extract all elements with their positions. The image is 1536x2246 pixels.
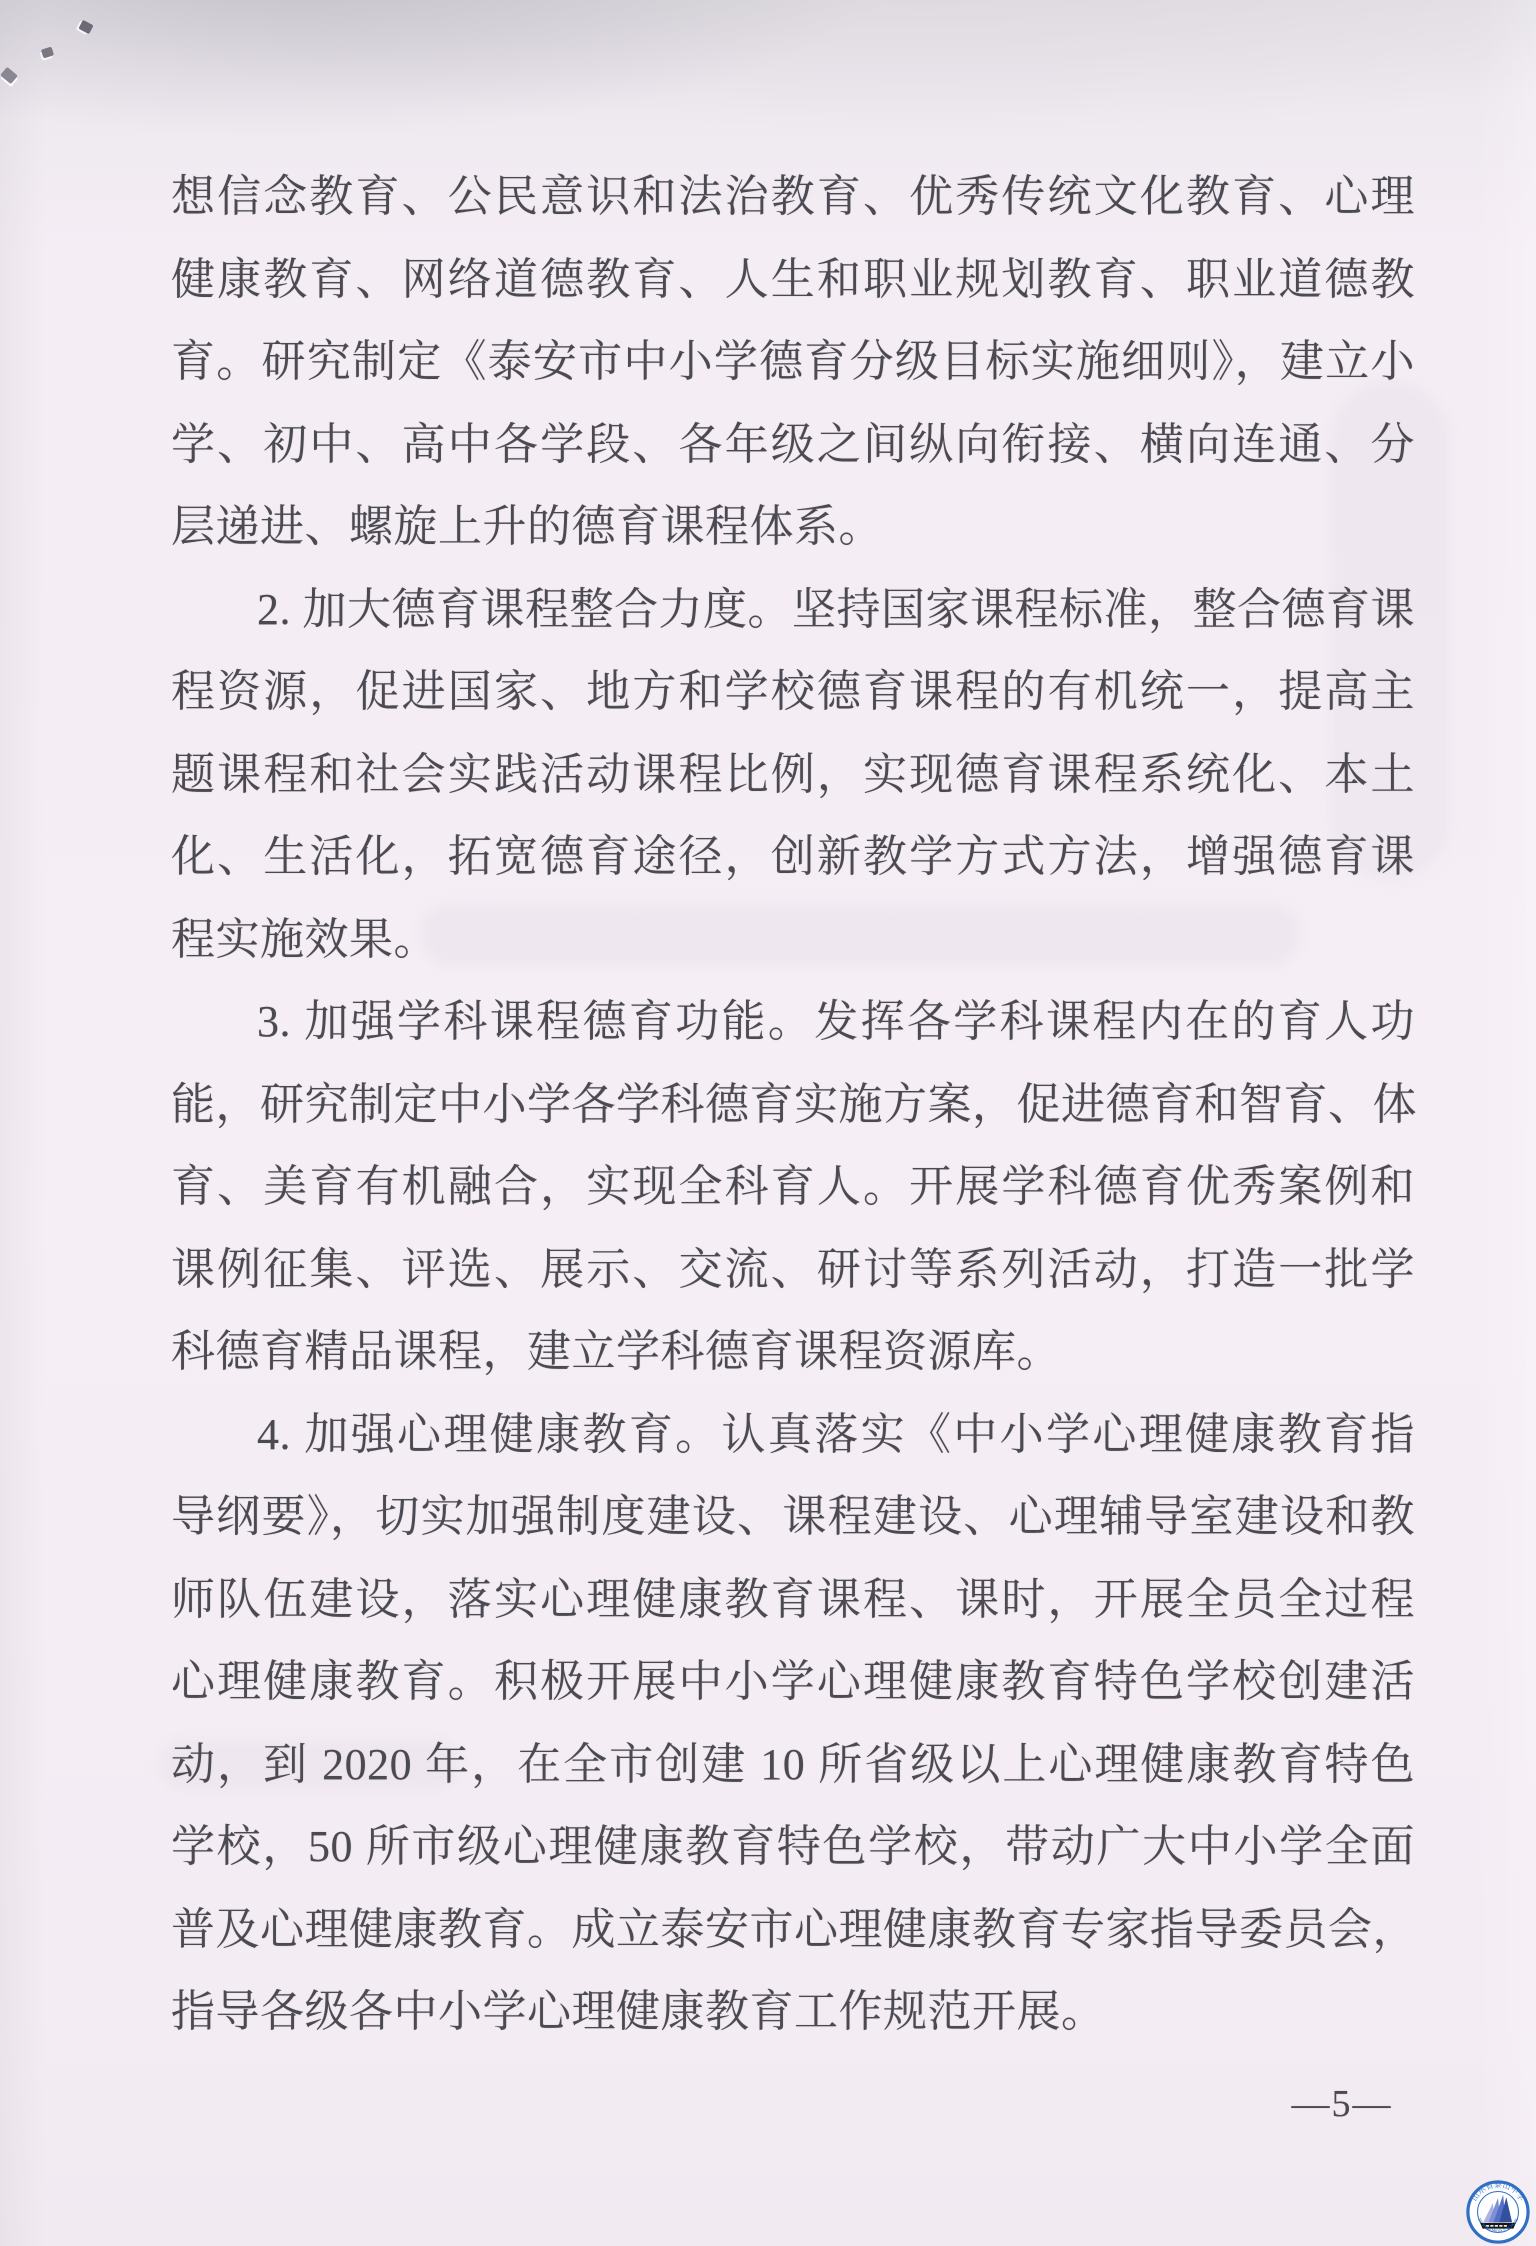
- text-line: 师队伍建设，落实心理健康教育课程、课时，开展全员全过程: [171, 1559, 1415, 1642]
- text-line: 育。研究制定《泰安市中小学德育分级目标实施细则》，建立小: [171, 321, 1415, 404]
- text-line: 普及心理健康教育。成立泰安市心理健康教育专家指导委员会，: [171, 1889, 1415, 1972]
- page-number: —5—: [1262, 2082, 1422, 2126]
- text-line: 课例征集、评选、展示、交流、研讨等系列活动，打造一批学: [171, 1229, 1415, 1312]
- scan-speck: [0, 67, 18, 84]
- paragraph: 想信念教育、公民意识和法治教育、优秀传统文化教育、心理健康教育、网络道德教育、人…: [171, 156, 1415, 569]
- text-line: 心理健康教育。积极开展中小学心理健康教育特色学校创建活: [171, 1641, 1415, 1724]
- text-line: 程资源，促进国家、地方和学校德育课程的有机统一，提高主: [171, 651, 1415, 734]
- scan-speck: [78, 20, 93, 34]
- text-line: 2. 加大德育课程整合力度。坚持国家课程标准，整合德育课: [171, 569, 1415, 652]
- text-line: 想信念教育、公民意识和法治教育、优秀传统文化教育、心理: [171, 156, 1415, 239]
- text-line: 程实施效果。: [171, 899, 1415, 982]
- paragraph: 2. 加大德育课程整合力度。坚持国家课程标准，整合德育课程资源，促进国家、地方和…: [171, 569, 1415, 982]
- text-line: 动，到 2020 年，在全市创建 10 所省级以上心理健康教育特色: [171, 1724, 1415, 1807]
- text-line: 育、美育有机融合，实现全科育人。开展学科德育优秀案例和: [171, 1146, 1415, 1229]
- scanned-page: 想信念教育、公民意识和法治教育、优秀传统文化教育、心理健康教育、网络道德教育、人…: [0, 0, 1536, 2246]
- scan-speck: [41, 47, 54, 59]
- school-badge-logo: 山东省泰山中学 TAI SHAN MIDDLE SCHOOL: [1466, 2180, 1530, 2244]
- text-line: 层递进、螺旋上升的德育课程体系。: [171, 486, 1415, 569]
- paragraph: 4. 加强心理健康教育。认真落实《中小学心理健康教育指导纲要》，切实加强制度建设…: [171, 1394, 1415, 2054]
- text-line: 3. 加强学科课程德育功能。发挥各学科课程内在的育人功: [171, 981, 1415, 1064]
- text-line: 健康教育、网络道德教育、人生和职业规划教育、职业道德教: [171, 239, 1415, 322]
- text-line: 科德育精品课程，建立学科德育课程资源库。: [171, 1311, 1415, 1394]
- text-line: 化、生活化，拓宽德育途径，创新教学方式方法，增强德育课: [171, 816, 1415, 899]
- text-line: 学校，50 所市级心理健康教育特色学校，带动广大中小学全面: [171, 1806, 1415, 1889]
- text-line: 指导各级各中小学心理健康教育工作规范开展。: [171, 1971, 1415, 2054]
- text-line: 能，研究制定中小学各学科德育实施方案，促进德育和智育、体: [171, 1064, 1415, 1147]
- text-line: 4. 加强心理健康教育。认真落实《中小学心理健康教育指: [171, 1394, 1415, 1477]
- text-line: 导纲要》，切实加强制度建设、课程建设、心理辅导室建设和教: [171, 1476, 1415, 1559]
- paragraph: 3. 加强学科课程德育功能。发挥各学科课程内在的育人功能，研究制定中小学各学科德…: [171, 981, 1415, 1394]
- text-line: 学、初中、高中各学段、各年级之间纵向衔接、横向连通、分: [171, 404, 1415, 487]
- document-body: 想信念教育、公民意识和法治教育、优秀传统文化教育、心理健康教育、网络道德教育、人…: [171, 156, 1415, 2054]
- text-line: 题课程和社会实践活动课程比例，实现德育课程系统化、本土: [171, 734, 1415, 817]
